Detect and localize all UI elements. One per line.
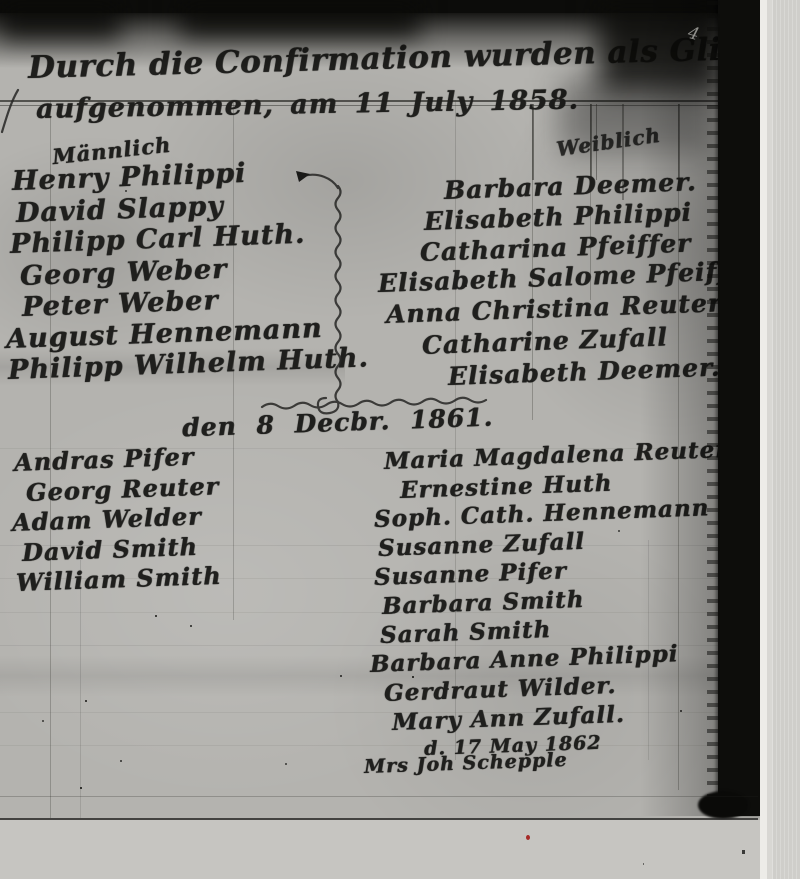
paper-speckles: [155, 615, 157, 617]
male-confirmands-1858: Henry Philippi David Slappy Philipp Carl…: [6, 166, 369, 387]
confirmand-name: Barbara Smith: [381, 586, 584, 622]
bottom-specks: [742, 850, 745, 854]
male-confirmands-1861: Andras Pifer Georg Reuter Adam Welder Da…: [12, 448, 222, 598]
photocopy-edge-band: [718, 0, 762, 816]
bottom-row-rule: [0, 796, 758, 797]
red-ink-dot: [526, 835, 530, 840]
scan-margin-texture: [772, 0, 800, 879]
confirmand-name: William Smith: [15, 561, 222, 598]
bottom-page-margin: [0, 820, 760, 879]
photocopy-edge-speckle: [707, 0, 720, 816]
bottom-page-edge-line: [0, 818, 758, 820]
confirmand-name: Mrs Joh Schepple: [364, 749, 568, 775]
scanned-register-page: Durch die Confirmation wurden als Gliede…: [0, 0, 800, 879]
column-rule: [80, 560, 81, 818]
